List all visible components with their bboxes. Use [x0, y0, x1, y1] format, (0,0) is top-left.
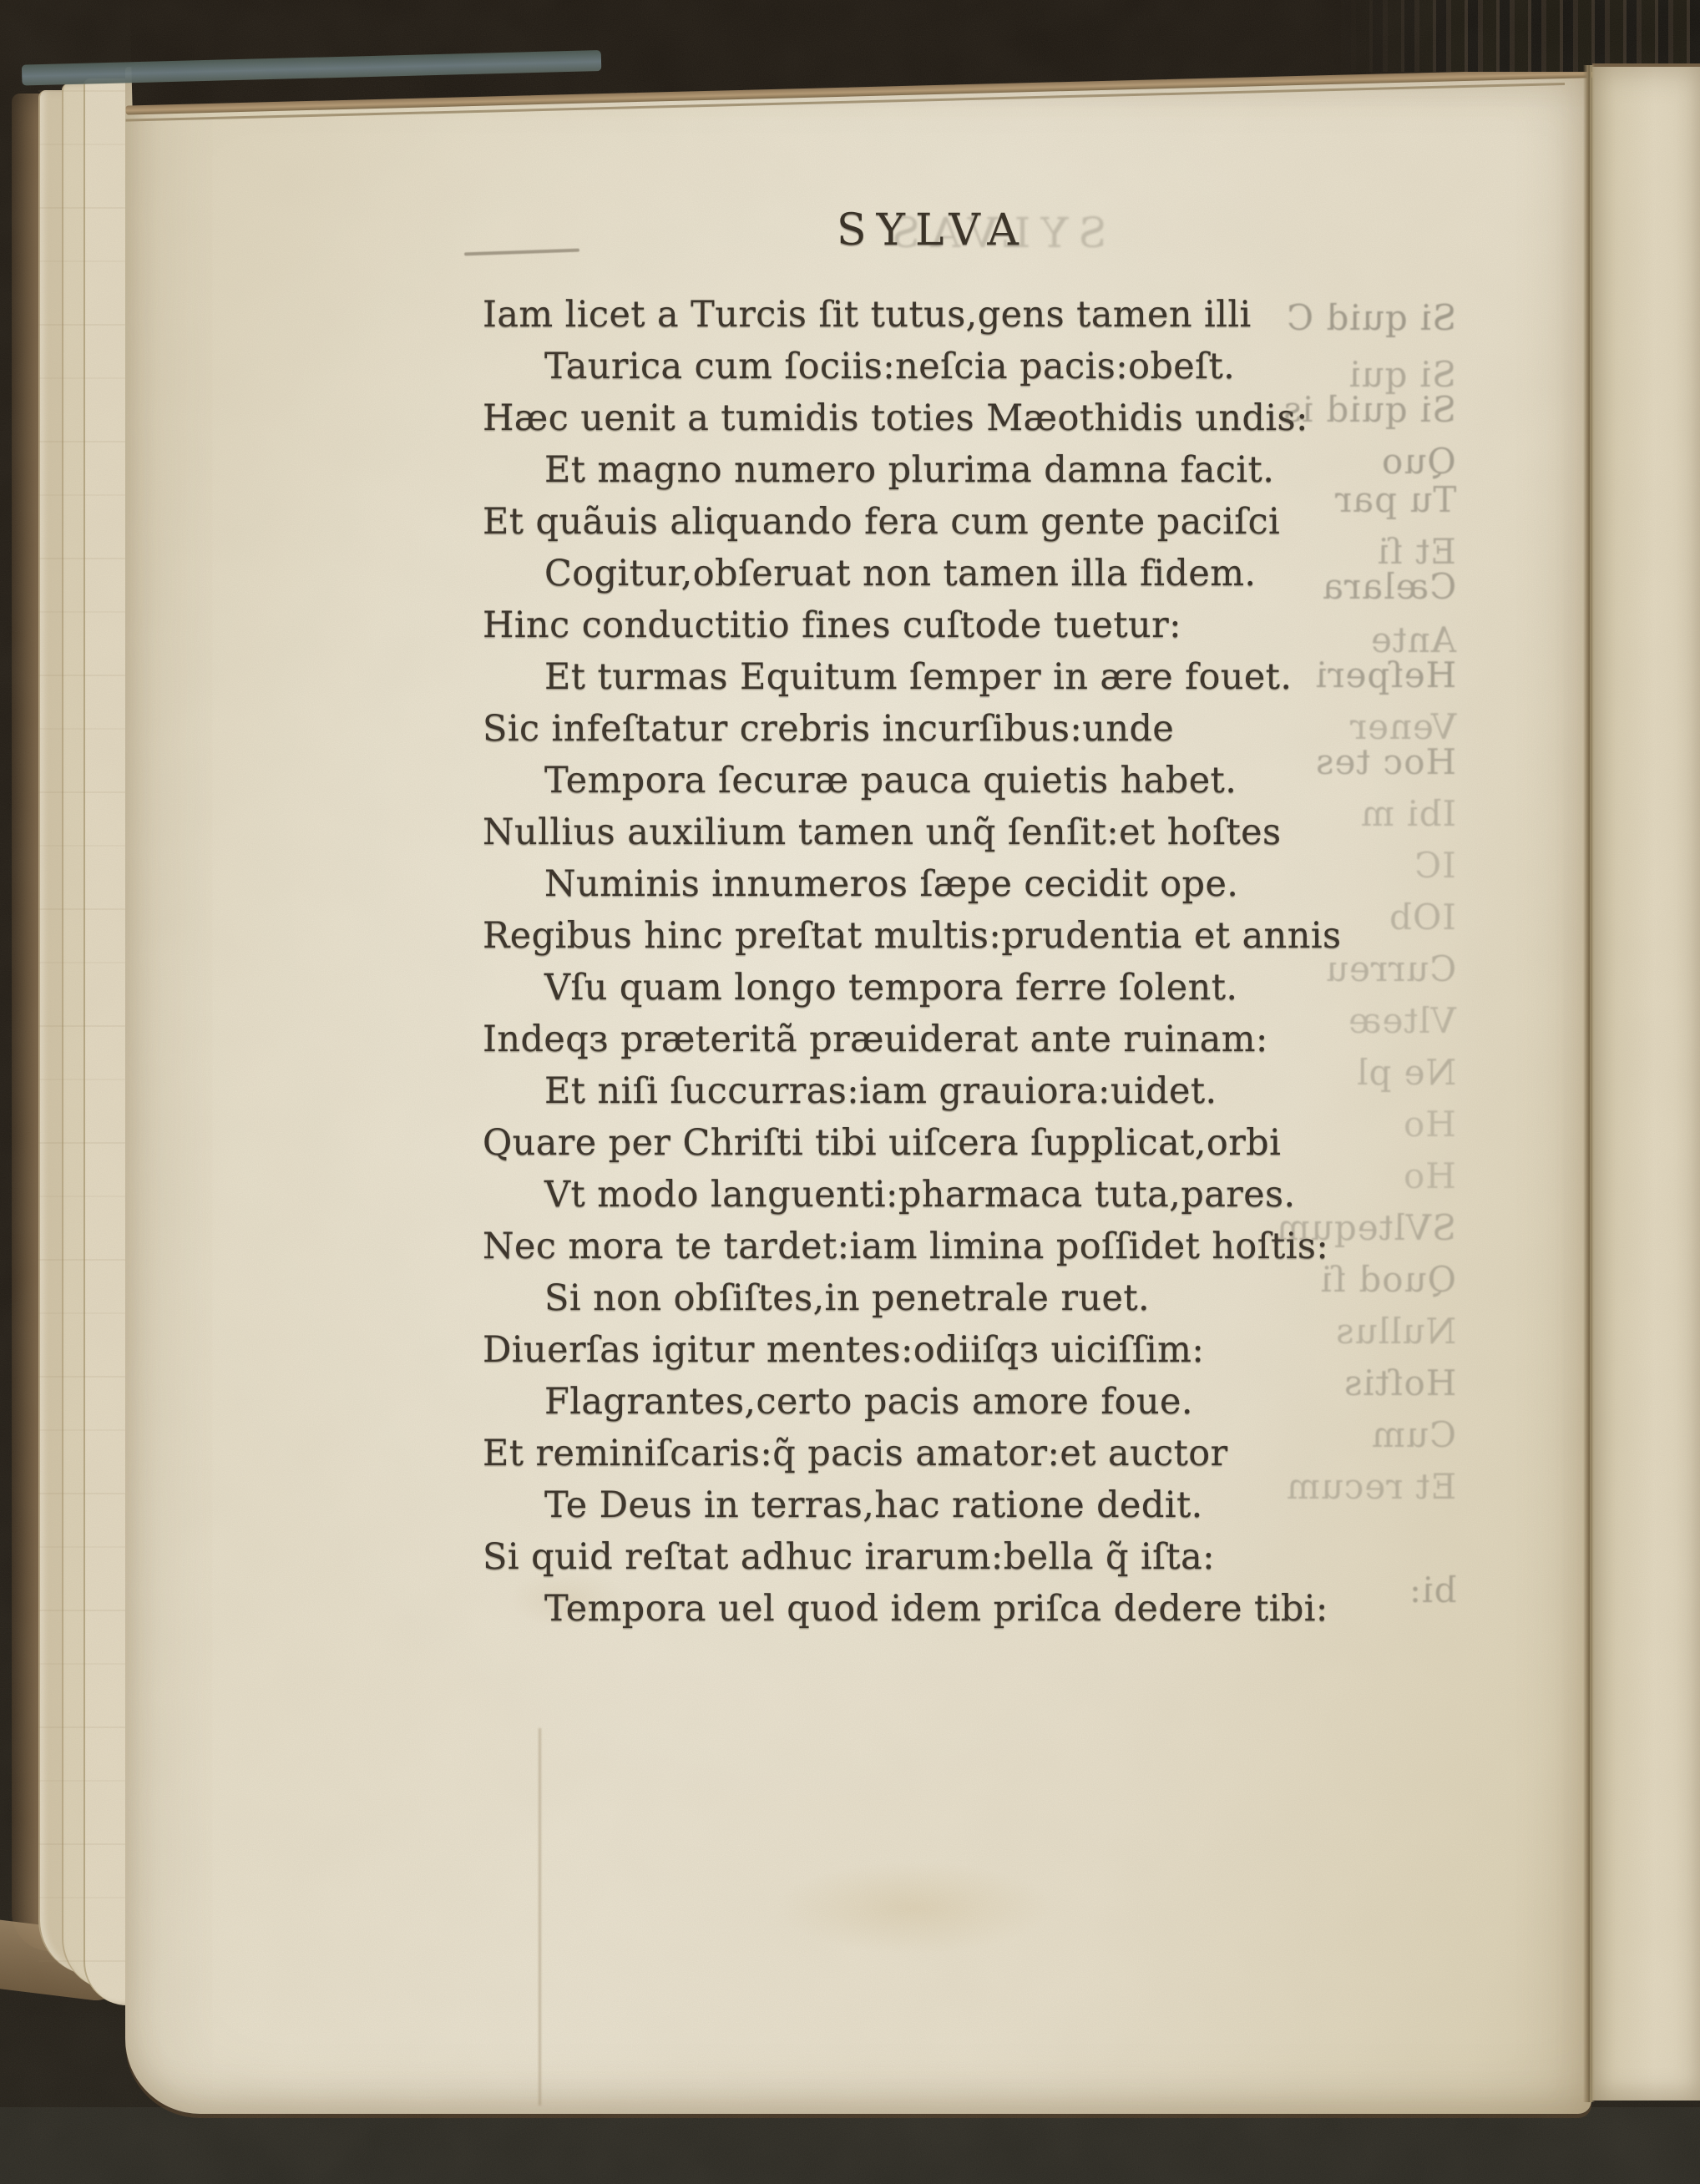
poem-line: Diuerſas igitur mentes:odiiſqз uiciſſim: [483, 1324, 1476, 1376]
page-header: SYLVA [837, 205, 1029, 255]
poem-line: Si quid reſtat adhuc irarum:bella q̃ iſt… [483, 1531, 1476, 1583]
poem-line: Sic infeſtatur crebris incurſibus:unde [483, 703, 1476, 755]
binding-cloth-shadow [1341, 0, 1700, 72]
poem-line: Regibus hinc preſtat multis:prudentia et… [483, 910, 1476, 962]
paper-stain [777, 1862, 1052, 1954]
poem-line: Hinc conductitio fines cuſtode tuetur: [483, 599, 1476, 651]
poem-line: Et niſi ſuccurras:iam grauiora:uidet. [483, 1065, 1476, 1117]
poem-line: Si non obſiſtes,in penetrale ruet. [483, 1272, 1476, 1324]
poem-line: Nec mora te tardet:iam limina poſſidet h… [483, 1221, 1476, 1272]
poem-line: Numinis innumeros ſæpe cecidit ope. [483, 858, 1476, 910]
gutter-crease [1583, 65, 1595, 2102]
book-scan-photo: SYLVAS SYLVA Iam licet a Turcis ſit tutu… [0, 0, 1700, 2184]
poem-line: Tempora ſecuræ pauca quietis habet. [483, 755, 1476, 806]
paper-crease [539, 1728, 541, 2106]
poem-line: Et magno numero plurima damna facit. [483, 444, 1476, 496]
poem-line: Te Deus in terras,hac ratione dedit. [483, 1479, 1476, 1531]
poem-line: Vt modo languenti:pharmaca tuta,pares. [483, 1169, 1476, 1221]
poem-line: Flagrantes,certo pacis amore foue. [483, 1376, 1476, 1428]
poem-line: Quare per Chriſti tibi uiſcera ſupplicat… [483, 1117, 1476, 1169]
poem-line: Tempora uel quod idem priſca dedere tibi… [483, 1583, 1476, 1635]
poem-line: Et quãuis aliquando fera cum gente paciſ… [483, 496, 1476, 548]
poem-line: Iam licet a Turcis ſit tutus,gens tamen … [483, 289, 1476, 341]
poem-line: Taurica cum ſociis:neſcia pacis:obeſt. [483, 341, 1476, 392]
poem-line: Hæc uenit a tumidis toties Mæothidis und… [483, 392, 1476, 444]
facing-page-edge [1592, 63, 1700, 2101]
poem-line: Vſu quam longo tempora ferre ſolent. [483, 962, 1476, 1014]
poem-line: Nullius auxilium tamen unq̃ ſenſit:et ho… [483, 806, 1476, 858]
page-stack-texture [38, 90, 139, 2002]
poem-line: Cogitur,obſeruat non tamen illa fidem. [483, 548, 1476, 599]
poem: Iam licet a Turcis ſit tutus,gens tamen … [483, 289, 1476, 1658]
table-surface [0, 2107, 1700, 2184]
poem-line: Et reminiſcaris:q̃ pacis amator:et aucto… [483, 1428, 1476, 1479]
poem-line: Et turmas Equitum ſemper in ære fouet. [483, 651, 1476, 703]
poem-line: Indeqз præteritã præuiderat ante ruinam: [483, 1014, 1476, 1065]
